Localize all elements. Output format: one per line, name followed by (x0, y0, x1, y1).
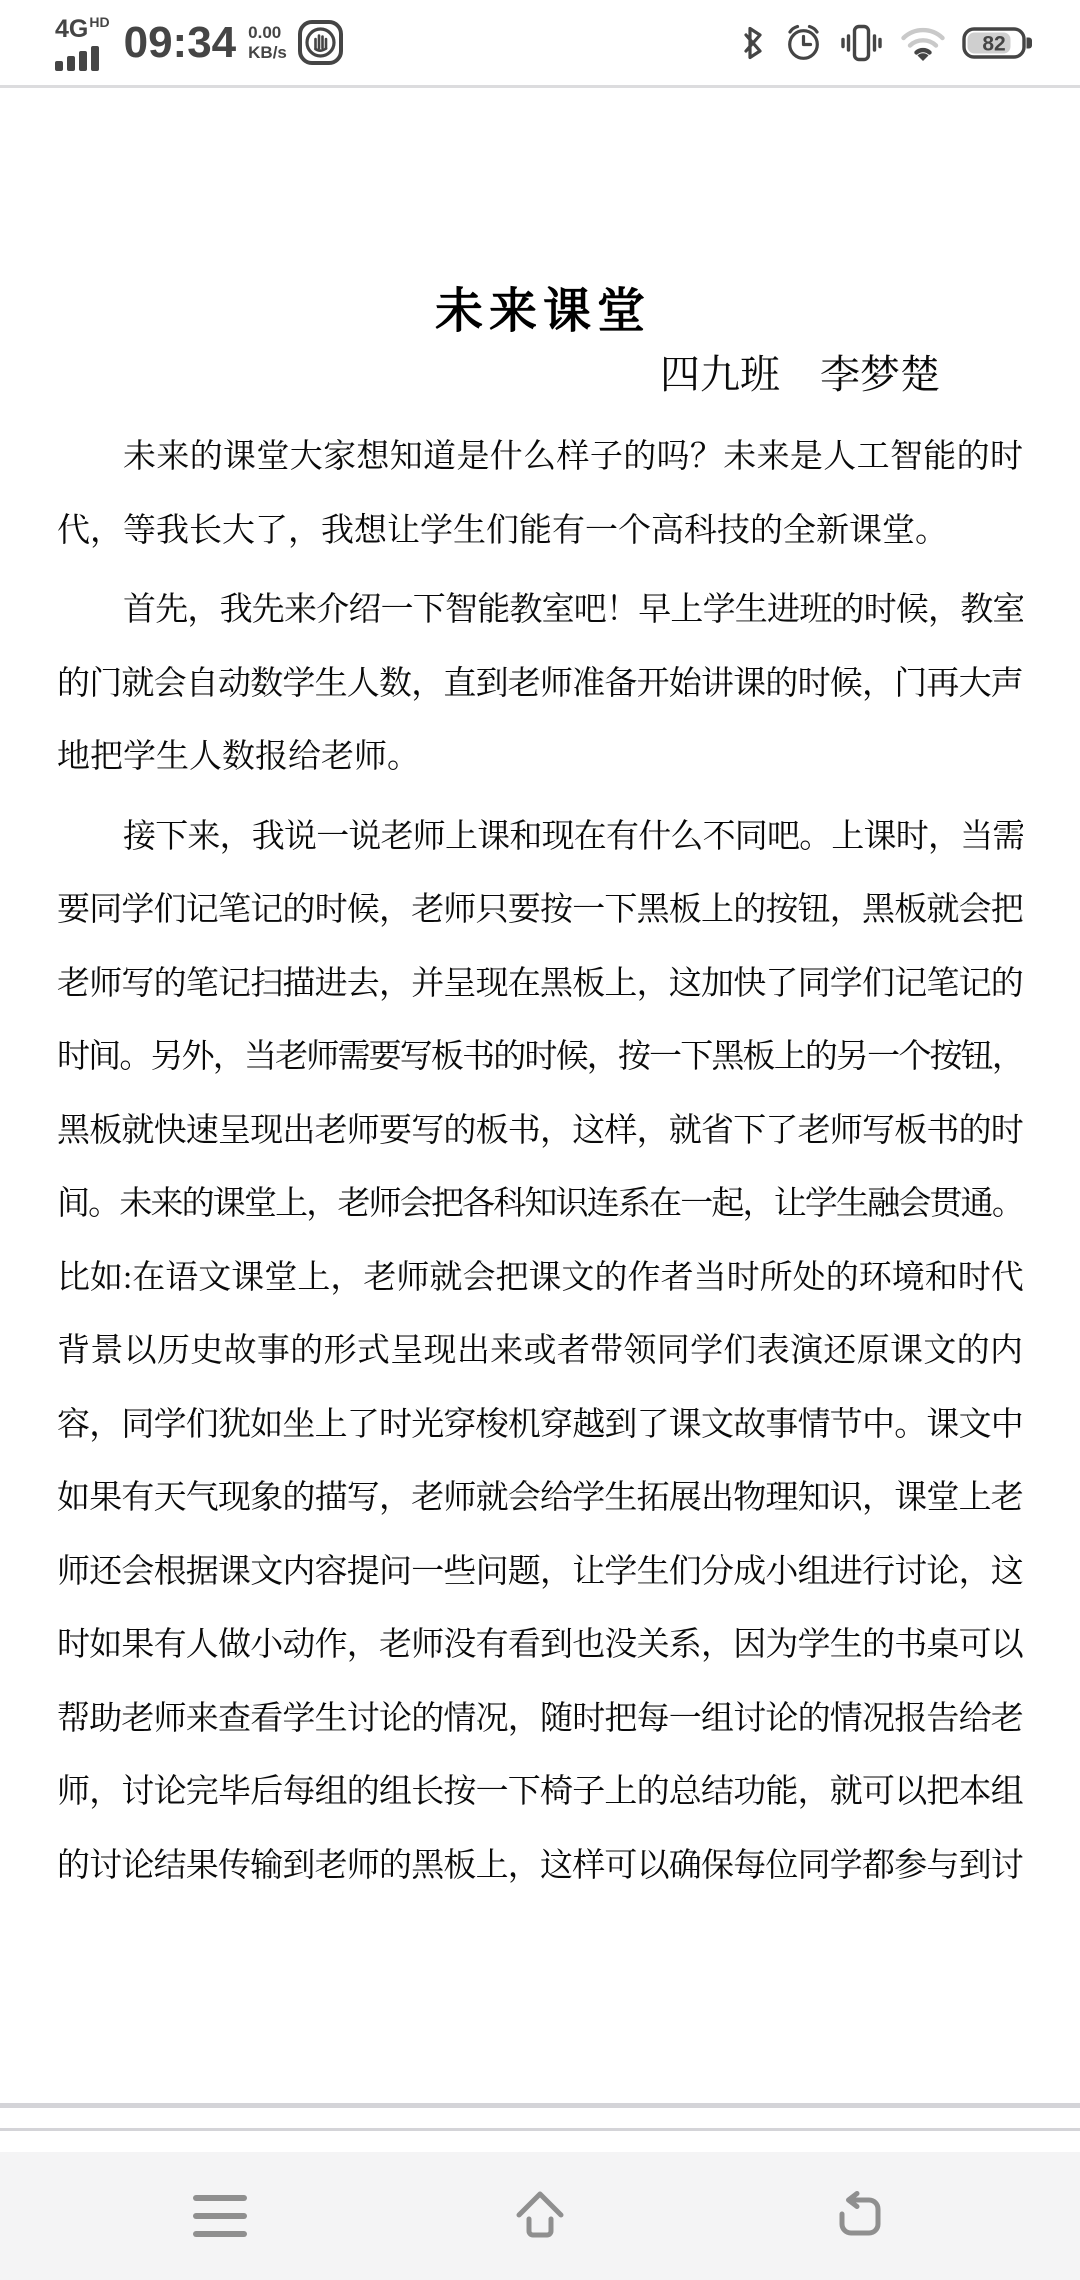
hand-gesture-icon (297, 19, 344, 66)
text-line: 的讨论结果传输到老师的黑板上，这样可以确保每位同学都参与到讨 (57, 1830, 1023, 1904)
phone-screen: 4G HD 09:34 0.00 KB/s (0, 0, 1080, 2280)
text-line: 帮助老师来查看学生讨论的情况，随时把每一组讨论的情况报告给老 (57, 1683, 1023, 1757)
menu-icon (193, 2191, 247, 2241)
text-line: 如果有天气现象的描写，老师就会给学生拓展出物理知识，课堂上老 (57, 1462, 1023, 1536)
page-bottom-bar (0, 2103, 1080, 2108)
text-line: 师，讨论完毕后每组的组长按一下椅子上的总结功能，就可以把本组 (57, 1756, 1023, 1830)
vibrate-icon (839, 22, 884, 64)
text-line: 接下来，我说一说老师上课和现在有什么不同吧。上课时，当需 (57, 801, 1023, 875)
recents-menu-button[interactable] (191, 2187, 249, 2245)
network-speed-value: 0.00 (248, 23, 287, 43)
text-line: 代，等我长大了，我想让学生们能有一个高科技的全新课堂。 (57, 495, 1023, 569)
document-title: 未来课堂 (0, 272, 1080, 341)
network-indicator: 4G HD (55, 17, 110, 71)
document-page: 未来课堂 四九班 李梦楚 未来的课堂大家想知道是什么样子的吗？未来是人工智能的时… (0, 88, 1080, 1909)
status-right-icons: 82 (738, 22, 1034, 64)
text-line: 老师写的笔记扫描进去，并呈现在黑板上，这加快了同学们记笔记的 (57, 948, 1023, 1022)
network-speed-unit: KB/s (248, 43, 287, 63)
network-speed: 0.00 KB/s (248, 23, 287, 63)
text-line: 首先，我先来介绍一下智能教室吧！早上学生进班的时候，教室 (57, 574, 1023, 648)
text-line: 时如果有人做小动作，老师没有看到也没关系，因为学生的书桌可以 (57, 1609, 1023, 1683)
text-line: 背景以历史故事的形式呈现出来或者带领同学们表演还原课文的内 (57, 1315, 1023, 1389)
text-line: 师还会根据课文内容提问一些问题，让学生们分成小组进行讨论，这 (57, 1536, 1023, 1610)
document-body: 未来的课堂大家想知道是什么样子的吗？未来是人工智能的时代，等我长大了，我想让学生… (57, 421, 1023, 1903)
network-type-label: 4G (55, 17, 88, 42)
home-icon (512, 2189, 568, 2243)
signal-bars-icon (55, 45, 101, 71)
alarm-clock-icon (783, 22, 824, 63)
page-bottom-line (0, 2128, 1080, 2131)
text-line: 容，同学们犹如坐上了时光穿梭机穿越到了课文故事情节中。课文中 (57, 1389, 1023, 1463)
paragraph: 首先，我先来介绍一下智能教室吧！早上学生进班的时候，教室的门就会自动数学生人数，… (57, 574, 1023, 795)
clock-time: 09:34 (124, 18, 237, 68)
android-navigation-bar (0, 2152, 1080, 2280)
text-line: 黑板就快速呈现出老师要写的板书，这样，就省下了老师写板书的时 (57, 1095, 1023, 1169)
text-line: 比如:在语文课堂上，老师就会把课文的作者当时所处的环境和时代 (57, 1242, 1023, 1316)
paragraph: 接下来，我说一说老师上课和现在有什么不同吧。上课时，当需要同学们记笔记的时候，老… (57, 801, 1023, 1904)
text-line: 间。未来的课堂上，老师会把各科知识连系在一起，让学生融会贯通。 (57, 1168, 1023, 1242)
home-button[interactable] (511, 2187, 569, 2245)
status-bar: 4G HD 09:34 0.00 KB/s (0, 0, 1080, 85)
text-line: 时间。另外，当老师需要写板书的时候，按一下黑板上的另一个按钮， (57, 1021, 1023, 1095)
battery-icon: 82 (962, 25, 1034, 61)
paragraph: 未来的课堂大家想知道是什么样子的吗？未来是人工智能的时代，等我长大了，我想让学生… (57, 421, 1023, 568)
bluetooth-icon (738, 26, 768, 60)
text-line: 的门就会自动数学生人数，直到老师准备开始讲课的时候，门再大声 (57, 648, 1023, 722)
document-byline: 四九班 李梦楚 (0, 351, 1080, 399)
hd-voice-badge: HD (89, 15, 109, 29)
text-line: 要同学们记笔记的时候，老师只要按一下黑板上的按钮，黑板就会把 (57, 874, 1023, 948)
text-line: 地把学生人数报给老师。 (57, 721, 1023, 795)
text-line: 未来的课堂大家想知道是什么样子的吗？未来是人工智能的时 (57, 421, 1023, 495)
back-icon (834, 2190, 886, 2242)
wifi-icon (899, 24, 947, 62)
battery-level-text: 82 (982, 32, 1005, 55)
back-button[interactable] (831, 2187, 889, 2245)
